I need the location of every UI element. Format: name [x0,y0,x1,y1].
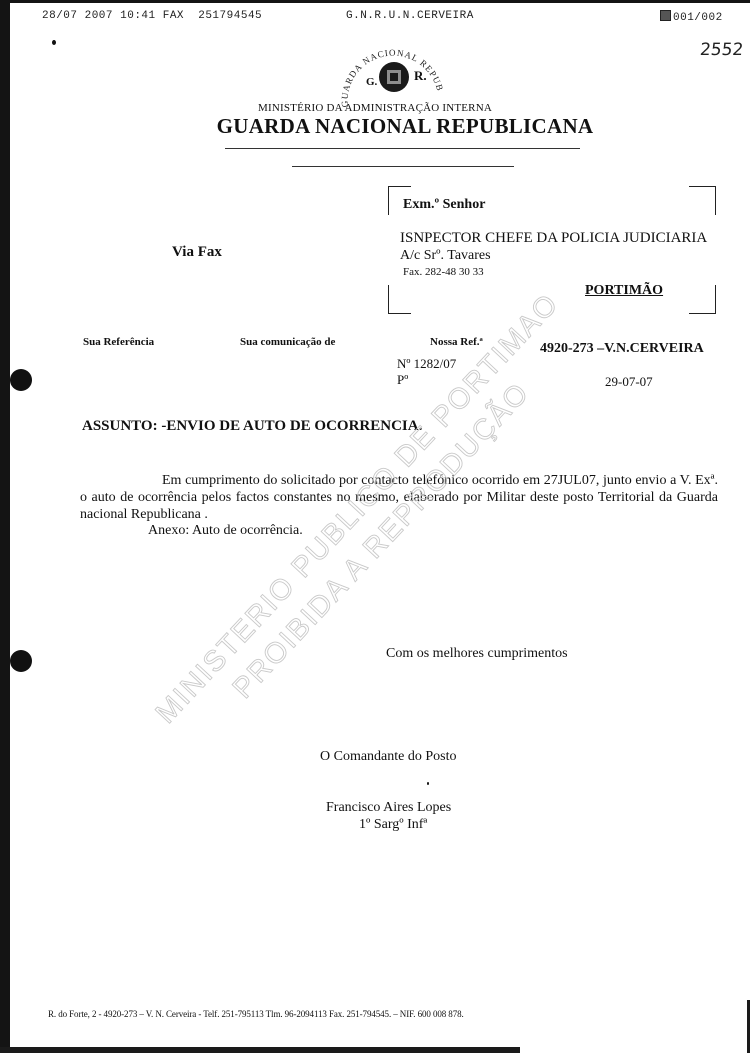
recipient-city: PORTIMÃO [585,283,663,299]
letter-date: 29-07-07 [605,374,653,390]
punch-hole-icon [10,369,32,391]
our-reference-label: Nossa Ref.ª [430,336,483,348]
signatory-role: O Comandante do Posto [320,749,457,765]
fax-header-number: 251794545 [198,10,262,22]
body-paragraph: Em cumprimento do solicitado por contact… [80,472,718,523]
your-communication-label: Sua comunicação de [240,336,335,348]
delivery-method: Via Fax [172,244,222,261]
ministry-name: MINISTÉRIO DA ADMINISTRAÇÃO INTERNA [0,102,750,114]
recipient-fax: Fax. 282-48 30 33 [403,266,484,278]
fax-header-page: 001/002 [660,10,723,24]
annex-line: Anexo: Auto de ocorrência. [148,523,303,539]
recipient-attention: A/c Srº. Tavares [400,248,491,264]
speck [427,782,429,785]
your-reference-label: Sua Referência [83,336,154,348]
svg-text:R.: R. [414,68,427,83]
reference-number: Nº 1282/07 [397,356,456,372]
organization-name: GUARDA NACIONAL REPUBLICANA [0,114,750,139]
signatory-rank: 1º Sargº Infª [359,817,427,833]
svg-text:G.: G. [366,76,378,88]
fax-header-datetime: 28/07 2007 10:41 FAX 251794545 [42,10,262,22]
footer-contact-info: R. do Forte, 2 - 4920-273 – V. N. Cervei… [48,1009,464,1019]
recipient-salutation: Exm.º Senhor [403,197,485,213]
closing-line: Com os melhores cumprimentos [386,646,568,662]
process-label: Pº [397,372,408,388]
punch-hole-icon [10,650,32,672]
fax-header-sender: G.N.R.U.N.CERVEIRA [346,10,474,22]
recipient-title: ISNPECTOR CHEFE DA POLICIA JUDICIARIA [400,230,707,247]
watermark: MINISTERIO PUBLICO DE PORTIMAO PROIBIDA … [0,0,750,1053]
subject-line: ASSUNTO: -ENVIO DE AUTO DE OCORRENCIA. [82,418,422,435]
letter-body: Em cumprimento do solicitado por contact… [80,472,718,523]
letterhead-rule [225,148,580,149]
gnr-emblem-icon: GUARDA NACIONAL REPUBLICANA R. G. [338,45,448,110]
signatory-name: Francisco Aires Lopes [326,800,451,816]
scan-border-top [0,0,750,3]
scan-border-bottom [0,1047,520,1053]
scan-border-left [0,0,10,1053]
handwritten-number: 2552 [699,40,744,60]
letterhead-rule-short [292,166,514,167]
our-reference-value: 4920-273 –V.N.CERVEIRA [540,341,704,357]
fax-page-icon [660,10,671,21]
speck [52,40,56,45]
